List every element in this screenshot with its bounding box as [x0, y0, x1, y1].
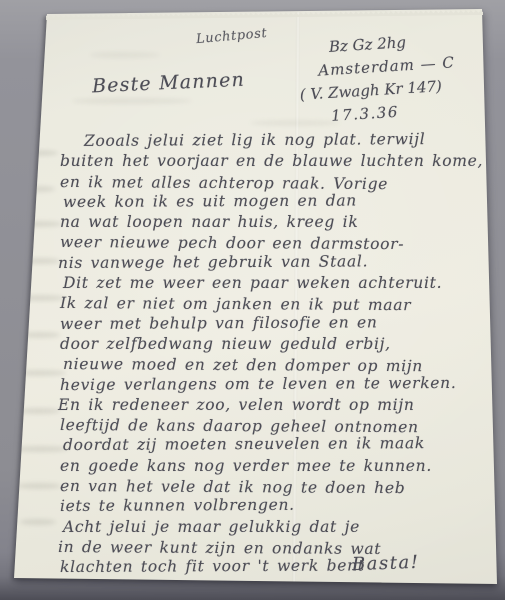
airmail-note: Luchtpost — [195, 26, 267, 47]
body-line: doordat zij moeten sneuvelen en ik maak — [63, 433, 484, 456]
showthrough-mark — [18, 408, 60, 414]
body-line: En ik redeneer zoo, velen wordt op mijn — [58, 395, 484, 415]
salutation: Beste Mannen — [92, 69, 246, 98]
body-line: week kon ik es uit mogen en dan — [63, 190, 484, 213]
address-block: Bz Gz 2hg Amsterdam — C ( V. Zwagh Kr 14… — [296, 28, 458, 129]
showthrough-mark — [14, 370, 66, 376]
scan-background: Luchtpost Bz Gz 2hg Amsterdam — C ( V. Z… — [0, 0, 505, 600]
letter-body: Zooals jelui ziet lig ik nog plat. terwi… — [60, 131, 484, 578]
body-line: iets te kunnen volbrengen. — [60, 494, 484, 517]
body-line: nis vanwege het gebruik van Staal. — [58, 251, 484, 274]
letter-paper: Luchtpost Bz Gz 2hg Amsterdam — C ( V. Z… — [0, 0, 505, 600]
showthrough-mark — [18, 150, 58, 156]
paper-shadow: Luchtpost Bz Gz 2hg Amsterdam — C ( V. Z… — [0, 0, 505, 600]
body-line: Zooals jelui ziet lig ik nog plat. terwi… — [60, 129, 484, 152]
showthrough-mark — [16, 221, 62, 227]
showthrough-mark — [72, 98, 192, 104]
showthrough-mark — [22, 258, 60, 264]
body-line: klachten toch fit voor 't werk bent — [60, 555, 484, 578]
body-line: hevige verlangens om te leven en te werk… — [60, 372, 484, 395]
body-line: na wat loopen naar huis, kreeg ik — [60, 212, 484, 232]
showthrough-mark — [20, 332, 60, 338]
body-line: weer met behulp van filosofie en en — [60, 311, 484, 334]
body-line: Dit zet me weer een paar weken achteruit… — [63, 273, 484, 293]
body-line: Acht jelui je maar gelukkig dat je — [63, 517, 484, 537]
showthrough-mark — [21, 186, 55, 192]
showthrough-mark — [90, 52, 160, 58]
body-line: buiten het voorjaar en de blauwe luchten… — [60, 151, 484, 171]
showthrough-mark — [15, 295, 65, 301]
body-line: door zelfbedwang nieuw geduld erbij, — [60, 334, 484, 354]
body-line: en goede kans nog verder mee te kunnen. — [60, 456, 484, 476]
signoff: Basta! — [352, 552, 420, 575]
showthrough-mark — [20, 519, 56, 525]
showthrough-mark — [17, 483, 61, 489]
